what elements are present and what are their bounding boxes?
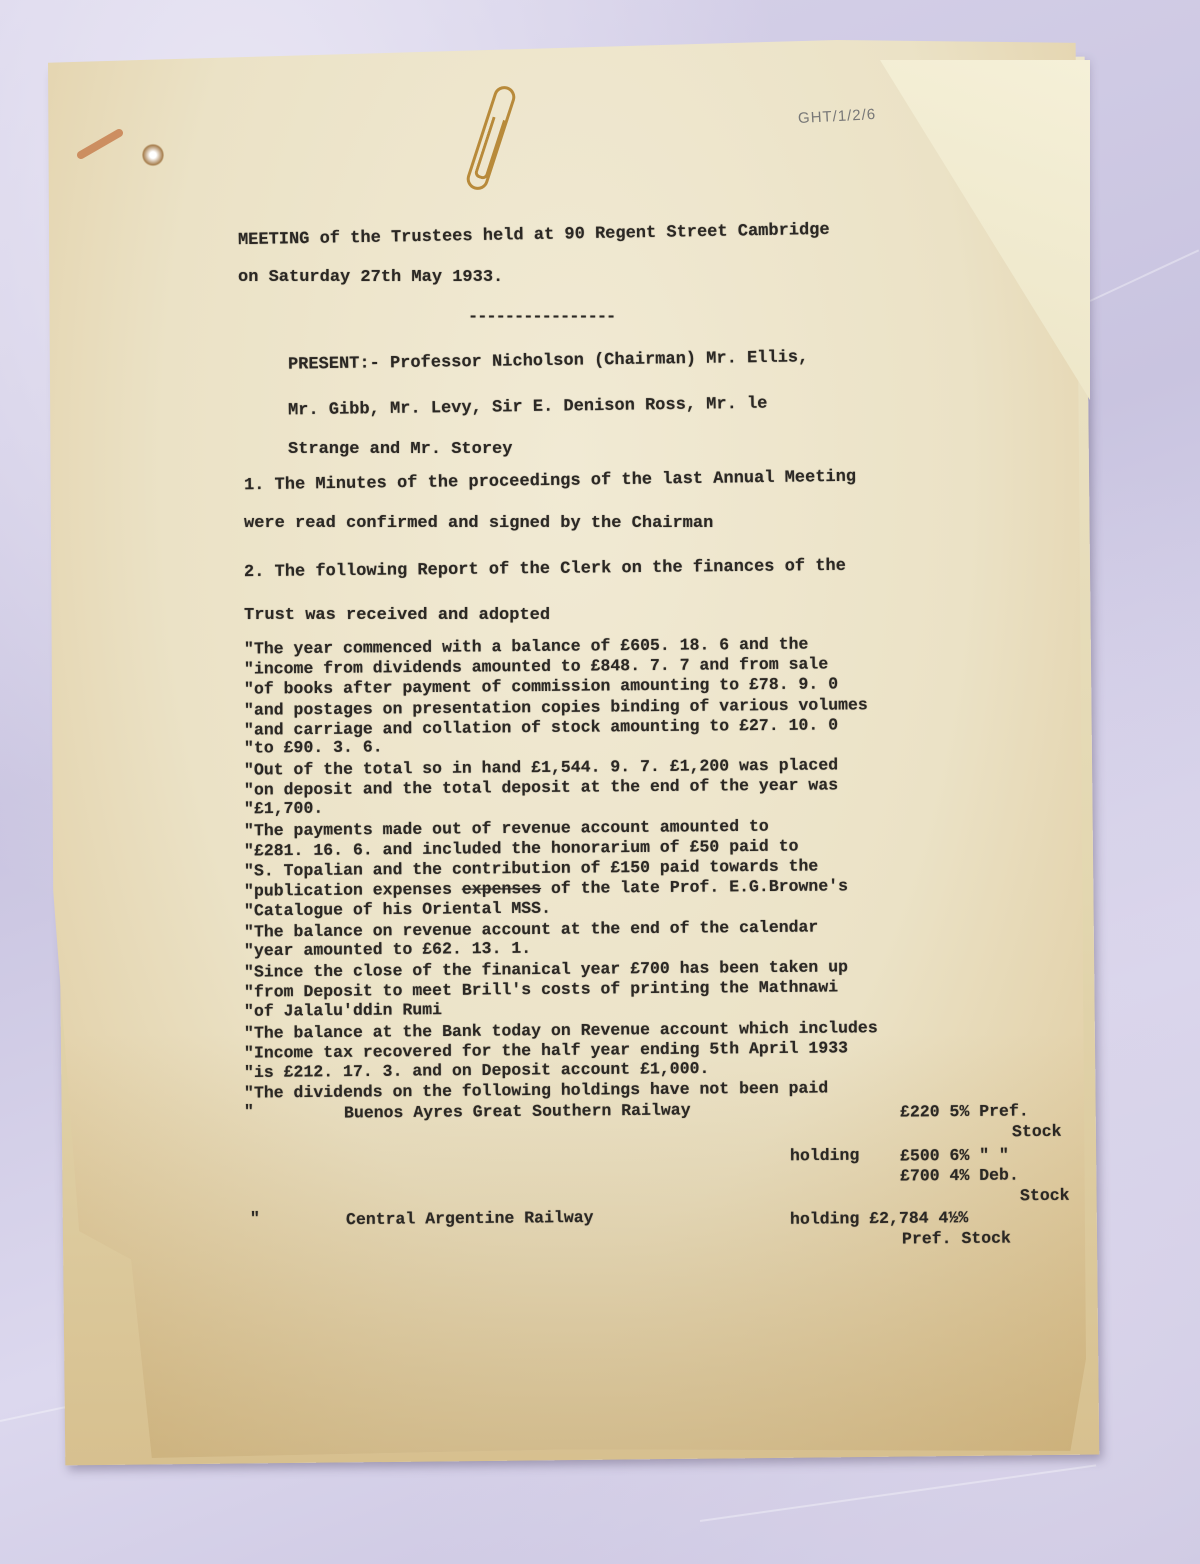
holding-stock-type: Pref. Stock [902,1228,1011,1248]
report-line: "£1,700. [244,798,323,818]
holding-prefix: holding [790,1146,859,1166]
holding-quote-mark: " [250,1209,260,1228]
report-line: "to £90. 3. 6. [244,737,383,757]
report-line: "Catalogue of his Oriental MSS. [244,898,551,920]
struck-through-word: expenses [462,879,541,899]
present-line-3: Strange and Mr. Storey [288,440,512,459]
tissue-crease [1090,249,1200,302]
report-text: of the late Prof. E.G.Browne's [541,877,848,899]
holding-amount: £700 4% Deb. [900,1166,1019,1186]
holding-amount: holding £2,784 4½% [790,1208,968,1229]
report-text: "publication expenses [244,880,462,901]
report-line: "of Jalalu'ddin Rumi [244,1000,442,1021]
item-2-line-2: Trust was received and adopted [244,606,550,625]
holding-company: Central Argentine Railway [346,1208,594,1229]
heading-line-2: on Saturday 27th May 1933. [238,268,503,287]
holding-stock-type: Stock [1020,1186,1070,1205]
holding-company: Buenos Ayres Great Southern Railway [344,1100,691,1122]
punch-hole [142,143,164,167]
holding-amount: £220 5% Pref. [900,1101,1029,1121]
holding-quote-mark: " [244,1102,254,1121]
report-line: "year amounted to £62. 13. 1. [244,939,531,961]
item-1-line-2: were read confirmed and signed by the Ch… [244,514,713,533]
holding-amount: £500 6% " " [900,1146,1009,1166]
tissue-crease [700,1464,1096,1522]
divider: ---------------- [468,308,615,327]
holding-stock-type: Stock [1012,1122,1062,1141]
